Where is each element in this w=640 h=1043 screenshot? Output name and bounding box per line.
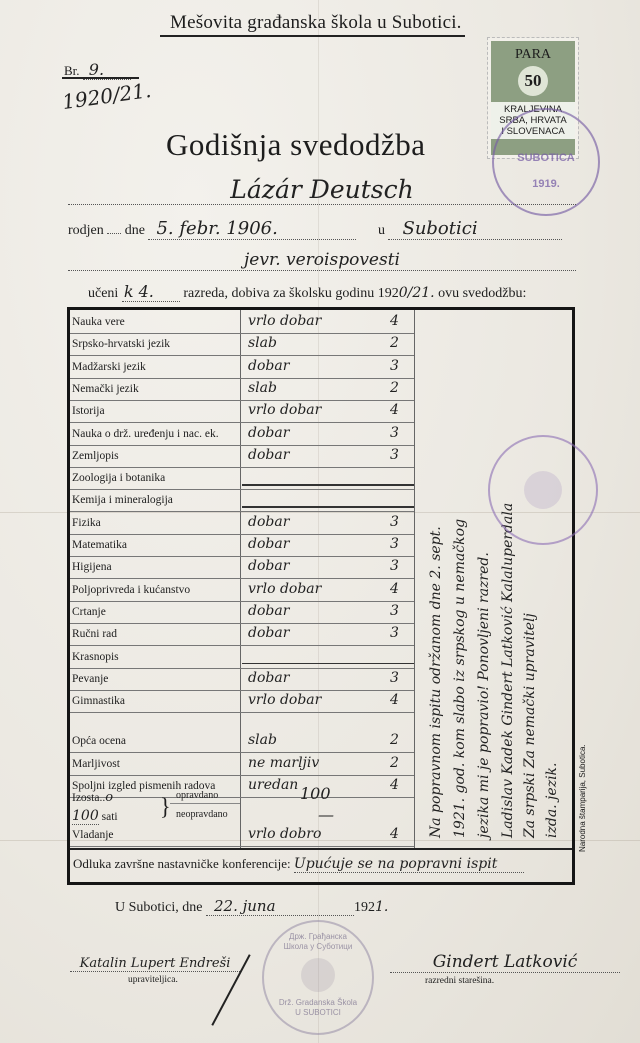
subject-name: Zemljopis: [72, 450, 234, 462]
religion: jevr. veroispovesti: [68, 250, 576, 271]
row-divider: [70, 489, 414, 490]
row-divider: [70, 752, 414, 753]
excused-value: 100: [300, 784, 331, 803]
subject-name: Matematika: [72, 539, 234, 551]
subject-name: Kemija i mineralogija: [72, 494, 234, 506]
grade-mark: 3: [390, 425, 399, 441]
school-name: Mešovita građanska škola u Subotici.: [170, 12, 462, 34]
row-divider: [70, 578, 414, 579]
grade-text: vrlo dobro: [248, 826, 321, 842]
number-label: Br.: [64, 63, 80, 78]
year-prefix: 192: [354, 900, 375, 915]
column-divider: [414, 310, 415, 848]
birth-date: 5. febr. 1906.: [148, 218, 356, 240]
side-note-line: jezika mi je popravio! Ponovljeni razred…: [476, 552, 492, 838]
day-label: dne: [125, 223, 145, 238]
grade-mark: 3: [390, 536, 399, 552]
date-line: U Subotici, dne 22. juna1921.: [115, 897, 388, 916]
grade-text: dobar: [248, 558, 289, 574]
eagle-emblem-icon: [301, 958, 335, 992]
grade-mark: 3: [390, 514, 399, 530]
student-label: učeni: [88, 286, 118, 301]
subject-name: Poljoprivreda i kućanstvo: [72, 584, 234, 596]
grade-mark: 4: [390, 692, 399, 708]
blank-grade-line: [242, 484, 414, 486]
grade-text: slab: [248, 732, 277, 748]
birth-place: Subotici: [388, 218, 562, 240]
blank-grade-line: [242, 506, 414, 508]
grade-text: dobar: [248, 447, 289, 463]
grade-mark: 3: [390, 670, 399, 686]
row-divider: [70, 775, 414, 776]
born-label: rodjen: [68, 223, 104, 238]
absence-label: Izosta: [72, 792, 99, 804]
grade-mark: 3: [390, 603, 399, 619]
grade-text: dobar: [248, 514, 289, 530]
year-suffix-footer: 1.: [375, 899, 388, 915]
blank-grade-line: [242, 663, 414, 665]
row-divider: [70, 400, 414, 401]
subject-name: Istorija: [72, 405, 234, 417]
row-divider: [70, 511, 414, 512]
grade-mark: 3: [390, 447, 399, 463]
grade-text: ne marljiv: [248, 755, 319, 771]
grade-mark: 2: [390, 380, 399, 396]
grade-mark: 3: [390, 558, 399, 574]
row-divider: [70, 645, 414, 646]
school-seal-bottom: Држ. Грађанска Школа у Суботици Drž. Gra…: [262, 920, 374, 1035]
grade-text: dobar: [248, 603, 289, 619]
decision-value: Upućuje se na popravni ispit: [294, 856, 524, 873]
subject-name: Crtanje: [72, 606, 234, 618]
side-note-line: Ladislav Kadek Gindert Latković Kalalupe…: [500, 503, 516, 838]
subject-name: Srpsko-hrvatski jezik: [72, 338, 234, 350]
stamp-value: 50: [518, 66, 548, 96]
decision-label: Odluka završne nastavničke konferencije:: [73, 856, 291, 871]
absence-label-line: Izosta..o: [72, 790, 113, 805]
side-note-line: 1921. god. kom slabo iz srpskog u nemačk…: [452, 519, 468, 838]
row-divider: [70, 467, 414, 468]
row-divider: [70, 668, 414, 669]
place-label: u: [378, 223, 385, 238]
stamp-unit: PARA: [491, 47, 575, 63]
grade-text: slab: [248, 380, 277, 396]
principal-signature: Katalin Lupert Endreši: [70, 956, 240, 972]
printer-note: Narodna štamparija, Subotica.: [578, 744, 587, 852]
birth-line: rodjen dne 5. febr. 1906. u Subotici: [68, 218, 576, 240]
year-suffix: 0/21.: [399, 285, 435, 301]
grade-mark: 3: [390, 358, 399, 374]
divider: [70, 848, 572, 850]
row-divider: [70, 797, 414, 798]
grade-mark: 3: [390, 625, 399, 641]
hours-label: sati: [102, 811, 118, 823]
subject-name: Opća ocena: [72, 735, 234, 747]
divider: [160, 35, 465, 37]
subject-name: Nauka vere: [72, 316, 234, 328]
subject-name: Nemački jezik: [72, 383, 234, 395]
row-divider: [70, 690, 414, 691]
grade-text: dobar: [248, 425, 289, 441]
grade-mark: 2: [390, 755, 399, 771]
row-divider: [70, 623, 414, 624]
grade-mark: 4: [390, 581, 399, 597]
row-divider: [70, 333, 414, 334]
row-divider: [70, 712, 414, 713]
seal-outer-text: Држ. Грађанска Школа у Суботици: [264, 932, 372, 952]
place-text: U Subotici, dne: [115, 900, 203, 915]
grade-text: uredan: [248, 777, 298, 793]
subject-name: Nauka o drž. uređenju i nac. ek.: [72, 428, 234, 440]
grade-mark: 2: [390, 732, 399, 748]
grade-text: dobar: [248, 358, 289, 374]
subject-name: Gimnastika: [72, 695, 234, 707]
excused-label: opravdano: [176, 790, 218, 801]
row-divider: [70, 355, 414, 356]
subject-name: Zoologija i botanika: [72, 472, 234, 484]
row-divider: [70, 445, 414, 446]
divider: [170, 803, 240, 804]
class-text: razreda, dobiva za školsku godinu 192: [183, 286, 398, 301]
page-title: Godišnja svedodžba: [166, 127, 426, 163]
brace: }: [160, 787, 171, 827]
side-note-line: Na popravnom ispitu održanom dne 2. sept…: [428, 526, 444, 838]
absence-hours: 100: [72, 808, 99, 825]
side-note-line: izda. jezik.: [544, 763, 560, 838]
certificate-text: ovu svedodžbu:: [438, 286, 526, 301]
grade-mark: 4: [390, 826, 399, 842]
grade-text: vrlo dobar: [248, 402, 321, 418]
grade-text: vrlo dobar: [248, 581, 321, 597]
grade-mark: 4: [390, 777, 399, 793]
principal-role: upraviteljica.: [128, 975, 178, 985]
subject-name: Pevanje: [72, 673, 234, 685]
grade-text: dobar: [248, 625, 289, 641]
row-divider: [70, 534, 414, 535]
row-divider: [70, 378, 414, 379]
subject-name: Higijena: [72, 561, 234, 573]
subject-name: Madžarski jezik: [72, 361, 234, 373]
grade-mark: 4: [390, 313, 399, 329]
grade-mark: 4: [390, 402, 399, 418]
unexcused-value: —: [318, 805, 334, 824]
decision-line: Odluka završne nastavničke konferencije:…: [73, 856, 524, 873]
issue-date: 22. juna: [206, 897, 354, 916]
eagle-emblem-icon: [524, 471, 562, 509]
grade-text: vrlo dobar: [248, 692, 321, 708]
absence-hours-line: 100 sati: [72, 808, 118, 824]
subject-name: Marljivost: [72, 758, 234, 770]
subject-name: Krasnopis: [72, 651, 234, 663]
subject-name: Ručni rad: [72, 628, 234, 640]
divider: [62, 77, 139, 79]
subject-name: Fizika: [72, 517, 234, 529]
class-value: k 4.: [122, 282, 180, 302]
school-seal-middle: [488, 435, 598, 545]
row-divider: [70, 556, 414, 557]
seal-text: SUBOTICA: [494, 152, 598, 164]
teacher-role: razredni starešina.: [425, 976, 494, 986]
grade-mark: 2: [390, 335, 399, 351]
row-divider: [70, 422, 414, 423]
class-line: učeni k 4. razreda, dobiva za školsku go…: [88, 282, 578, 302]
row-divider: [70, 846, 414, 847]
teacher-signature: Gindert Latković: [390, 952, 620, 973]
grade-text: dobar: [248, 670, 289, 686]
grade-text: slab: [248, 335, 277, 351]
seal-inner-text: Drž. Gradanska Škola U SUBOTICI: [264, 998, 372, 1018]
side-note-line: Za srpski Za nemački upravitelj: [522, 613, 538, 838]
row-divider: [70, 601, 414, 602]
subject-name: Vladanje: [72, 829, 234, 841]
absence-suffix: o: [105, 790, 113, 805]
grade-text: vrlo dobar: [248, 313, 321, 329]
student-name: Lázár Deutsch: [68, 176, 576, 205]
unexcused-label: neopravdano: [176, 809, 228, 820]
grade-text: dobar: [248, 536, 289, 552]
